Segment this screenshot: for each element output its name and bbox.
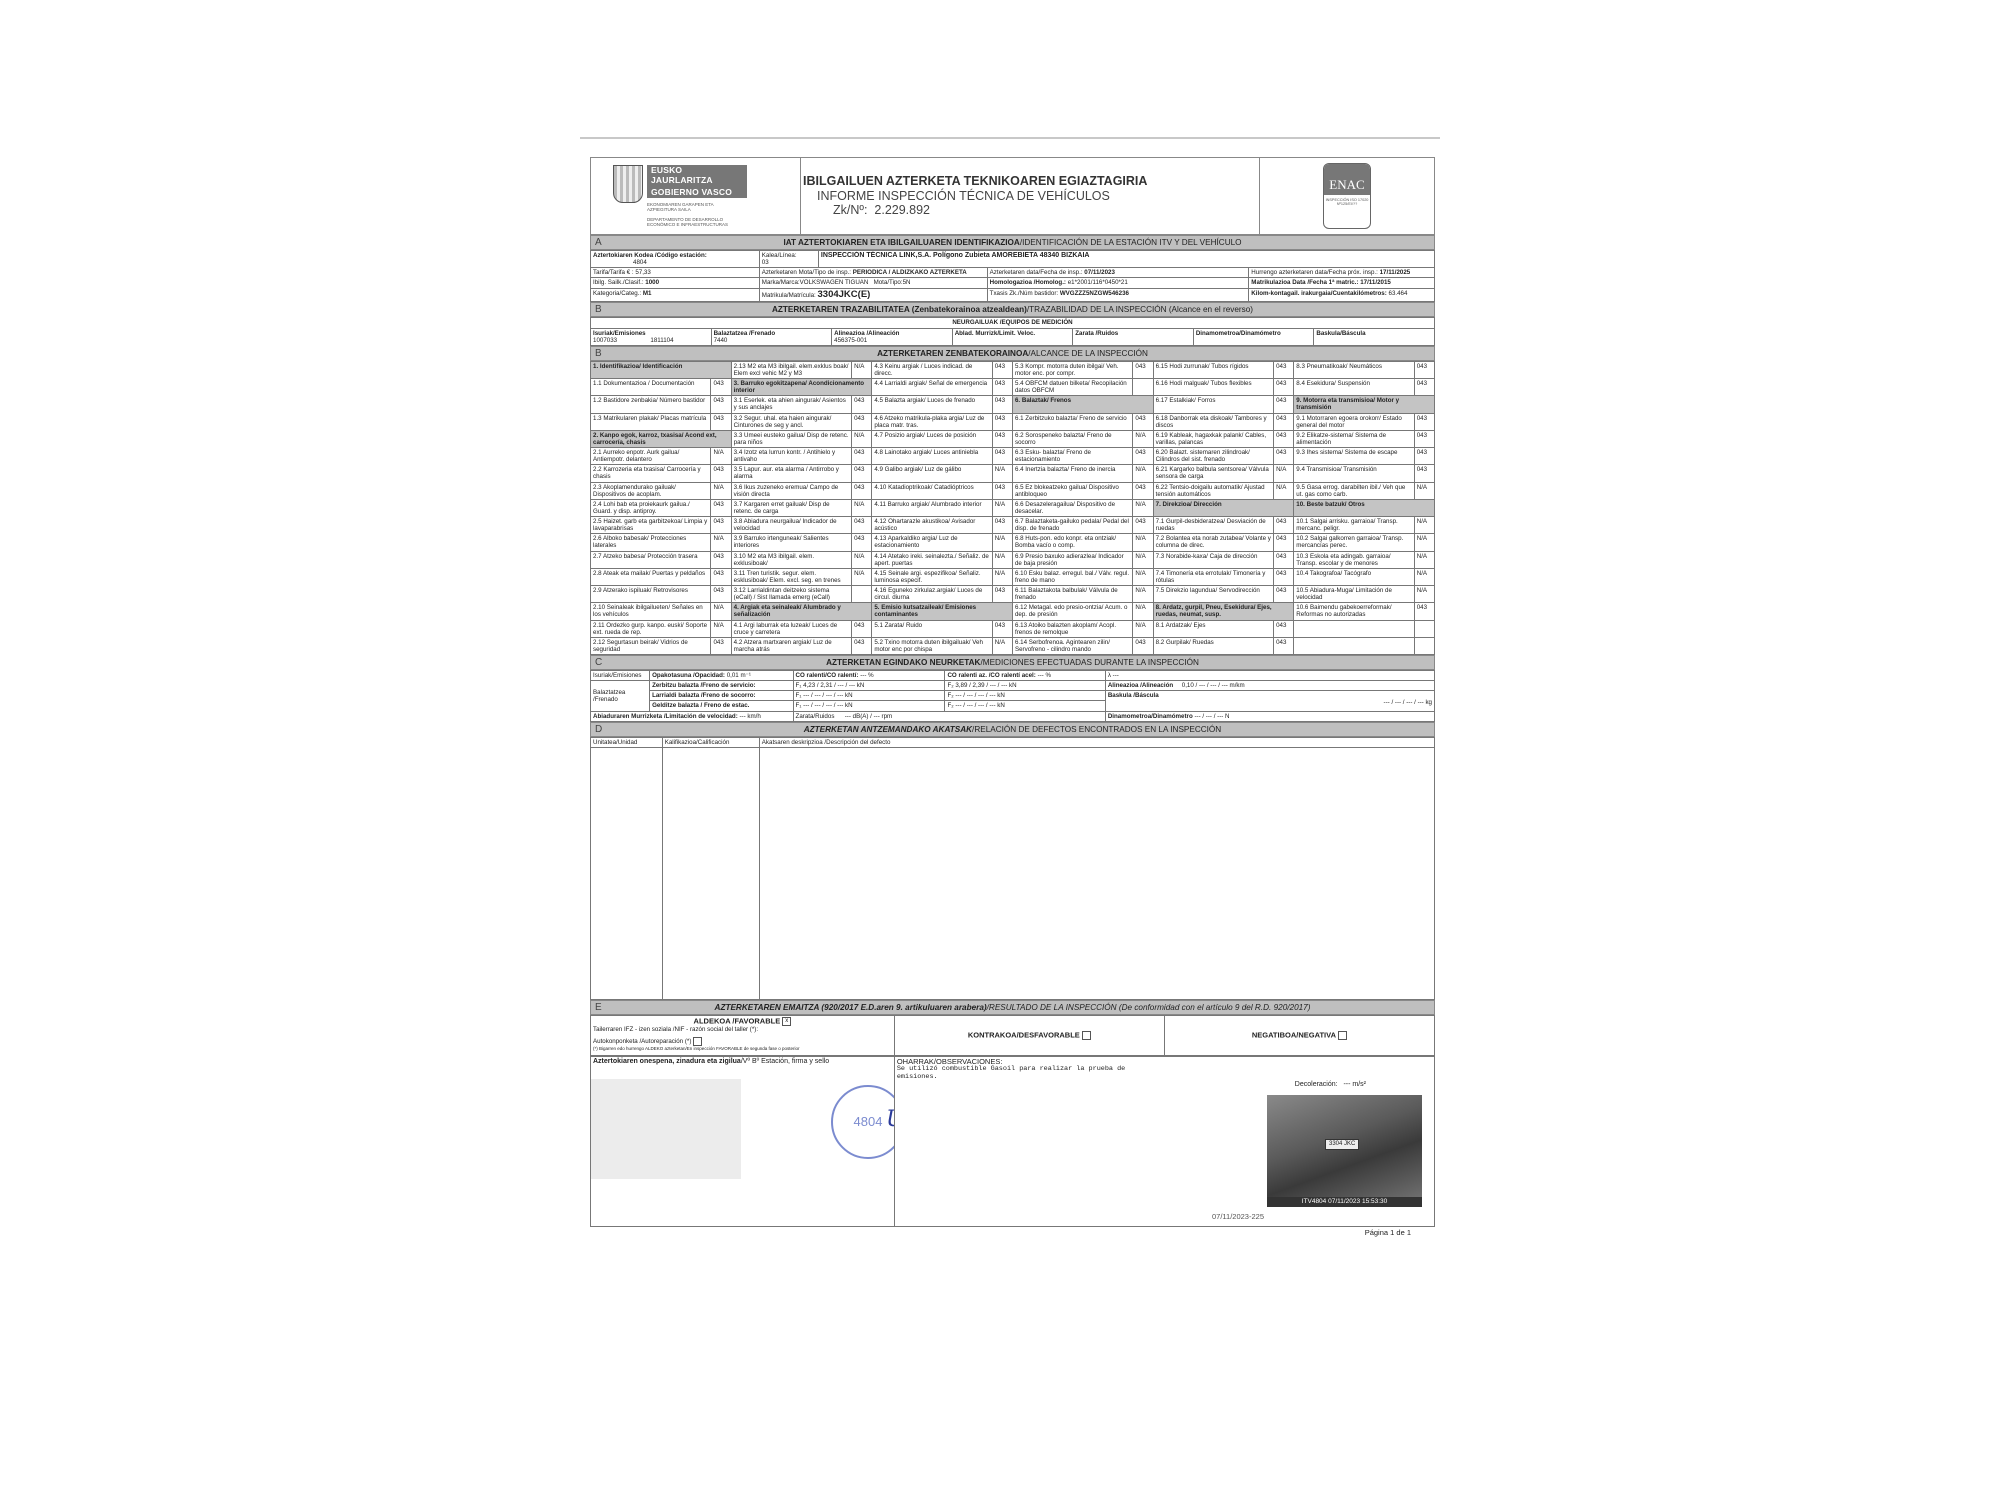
signature: Un — [886, 1107, 894, 1132]
scope-item: 2.5 Haizet. garb eta garbitzekoa/ Limpia… — [591, 517, 711, 534]
speed-limit-value: --- km/h — [740, 713, 761, 720]
org-name-es: GOBIERNO VASCO — [647, 187, 747, 199]
scope-item: 2.6 Alboko babesak/ Protecciones lateral… — [591, 534, 711, 551]
next-date-label: Hurrengo azterketaren data/Fecha próx. i… — [1251, 269, 1378, 276]
enac-logo: ENAC INSPECCIÓN ISO 17020 Nº125/EI/?? — [1323, 163, 1371, 229]
scope-row: 1.1 Dokumentazioa / Documentación0433. B… — [591, 379, 1435, 396]
equipment-label: Zarata /Ruidos — [1075, 330, 1191, 337]
vin: WVGZZZ5NZGW546236 — [1060, 290, 1129, 297]
section-title-eu: AZTERKETAN ANTZEMANDAKO AKATSAK — [804, 725, 972, 734]
scope-item: 4.3 Keinu argiak / Luces indicad. de dir… — [872, 361, 992, 378]
measurements-table: Isuriak/Emisiones Opakotasuna /Opacidad:… — [590, 670, 1435, 722]
line-value: 03 — [762, 259, 769, 266]
scope-item: 2.1 Aurreko enpotr. Aurk gailua/ Antiemp… — [591, 448, 711, 465]
equipment-label: Isuriak/Emisiones — [593, 330, 709, 337]
scope-row: 2.10 Seinaleak ibilgailueten/ Señales en… — [591, 603, 1435, 620]
dyno-label: Dinamometroa/Dinamómetro — [1108, 713, 1193, 720]
negative-label: NEGATIBOA/NEGATIVA — [1252, 1030, 1336, 1039]
scope-group-heading: 8. Ardatz, gurpil, Pneu, Esekidura/ Ejes… — [1153, 603, 1294, 620]
negative-checkbox[interactable] — [1338, 1031, 1347, 1040]
insp-type-label: Azterketaren Mota/Tipo de insp.: — [762, 269, 851, 276]
number-label: Zk/Nº: — [833, 203, 867, 217]
scope-result-code: 043 — [852, 482, 872, 499]
section-letter: D — [595, 723, 602, 736]
alignment-value: 0,10 / --- / --- / --- m/km — [1182, 682, 1245, 689]
scope-result-code: 043 — [992, 586, 1012, 603]
scope-result-code: N/A — [852, 568, 872, 585]
equipment-cell: Dinamometroa/Dinamómetro — [1193, 328, 1314, 345]
page-number: Página 1 de 1 — [590, 1227, 1435, 1238]
scope-result-code: 043 — [711, 379, 731, 396]
scope-result-code: N/A — [992, 465, 1012, 482]
scope-result-code: 043 — [711, 568, 731, 585]
selfrepair-checkbox[interactable] — [693, 1037, 702, 1046]
scope-item: 9.4 Transmisioa/ Transmisión — [1294, 465, 1414, 482]
vin-label: Txasis Zk./Núm bastidor: — [990, 290, 1058, 297]
equipment-cell: Zarata /Ruidos — [1073, 328, 1194, 345]
scope-group-heading: 5. Emisio kutsatzaileak/ Emisiones conta… — [872, 603, 1013, 620]
equipment-serial: 1007033 — [593, 337, 617, 344]
scope-row: 2.8 Ateak eta mailak/ Puertas y peldaños… — [591, 568, 1435, 585]
scope-result-code: N/A — [1274, 482, 1294, 499]
brand-label: Marka/Marca: — [762, 279, 800, 286]
equipment-label: Alineazioa /Alineación — [834, 330, 950, 337]
scope-result-code — [1133, 379, 1153, 396]
scope-result-code: 043 — [852, 534, 872, 551]
scope-result-code: 043 — [1414, 448, 1434, 465]
scope-item: 9.3 Ihes sistema/ Sistema de escape — [1294, 448, 1414, 465]
scope-group-heading: 4. Argiak eta seinaleak/ Alumbrado y señ… — [731, 603, 872, 620]
scope-item: 6.12 Metagal. edo presio-ontzia/ Acum. o… — [1012, 603, 1132, 620]
scope-result-code: 043 — [1133, 637, 1153, 654]
scope-result-code: 043 — [992, 361, 1012, 378]
scope-item: 5.2 Txino motorra duten ibilgailuak/ Veh… — [872, 637, 992, 654]
section-title-eu: AZTERKETAREN TRAZABILITATEA (Zenbatekora… — [772, 305, 1027, 314]
scope-row: 2.4 Lohi bab eta proiekaurk gailua./ Gua… — [591, 499, 1435, 516]
photo-caption: ITV4804 07/11/2023 15:53:30 — [1267, 1197, 1422, 1206]
vehicle-identification: Aztertokiaren Kodea /Código estación:480… — [590, 250, 1435, 302]
section-letter: A — [595, 236, 602, 249]
scope-item: 3.10 M2 eta M3 ibilgail. elem. exklusibo… — [731, 551, 851, 568]
unfavorable-label: KONTRAKOA/DESFAVORABLE — [968, 1030, 1080, 1039]
scope-item: 2.7 Atzeko babesa/ Protección trasera — [591, 551, 711, 568]
scope-item: 9.1 Motorraren egoera orokorr/ Estado ge… — [1294, 413, 1414, 430]
equipment-label: Dinamometroa/Dinamómetro — [1196, 330, 1312, 337]
scope-item: 8.2 Gurpilak/ Ruedas — [1153, 637, 1273, 654]
scope-result-code: N/A — [1133, 430, 1153, 447]
basque-shield-icon — [613, 165, 643, 203]
scope-empty-cell — [1294, 620, 1414, 637]
scope-item: 7.1 Gurpil-desbideratzea/ Desviación de … — [1153, 517, 1273, 534]
scope-item: 8.1 Ardatzak/ Ejes — [1153, 620, 1273, 637]
scope-result-code: 043 — [992, 413, 1012, 430]
scope-result-code: 043 — [1414, 379, 1434, 396]
scope-result-code: 043 — [1414, 413, 1434, 430]
title-eu: IBILGAILUEN AZTERKETA TEKNIKOAREN EGIAZT… — [803, 174, 1257, 188]
section-title-es: /RELACIÓN DE DEFECTOS ENCONTRADOS EN LA … — [972, 725, 1221, 734]
scope-result-code: 043 — [711, 517, 731, 534]
document-reference: 07/11/2023-225 — [1212, 1213, 1264, 1222]
scope-item: 6.6 Desazeleragailua/ Dispositivo de des… — [1012, 499, 1132, 516]
braking-label: Balaztatzea /Frenado — [593, 689, 625, 703]
enac-sub: INSPECCIÓN ISO 17020 Nº125/EI/?? — [1324, 195, 1370, 207]
scope-row: 2.5 Haizet. garb eta garbitzekoa/ Limpia… — [591, 517, 1435, 534]
dyno-value: --- / --- / --- N — [1194, 713, 1229, 720]
noise-value: --- dB(A) / --- rpm — [845, 713, 892, 720]
scope-item: 2.10 Seinaleak ibilgailueten/ Señales en… — [591, 603, 711, 620]
equipment-cell: Isuriak/Emisiones10070331811104 — [591, 328, 712, 345]
scope-result-code: 043 — [852, 517, 872, 534]
equipment-values: 456375-001 — [834, 337, 950, 344]
scope-result-code: 043 — [1414, 430, 1434, 447]
co-idle-value: --- % — [860, 672, 873, 679]
type: 5N — [903, 279, 911, 286]
scope-result-code: N/A — [992, 534, 1012, 551]
scope-result-code: N/A — [1133, 620, 1153, 637]
regdate-label: Matrikulazioa Data /Fecha 1ª matric.: — [1251, 279, 1358, 286]
col-desc: Akatsaren deskripzioa /Descripción del d… — [759, 737, 1434, 747]
section-letter: B — [595, 347, 602, 360]
equipment-values: 7440 — [714, 337, 830, 344]
scope-group-heading: 7. Direkzioa/ Dirección — [1153, 499, 1294, 516]
service-brake-label: Zerbitzu balazta /Freno de servicio: — [652, 682, 756, 689]
scope-row: 2.2 Karrozeria eta txasisa/ Carrocería y… — [591, 465, 1435, 482]
emergency-brake-f1: --- / --- / --- / --- kN — [803, 692, 852, 699]
scope-item: 4.15 Seinale argi. espezifikoa/ Señaliz.… — [872, 568, 992, 585]
scope-result-code: N/A — [1414, 534, 1434, 551]
scope-result-code: 043 — [1274, 517, 1294, 534]
type-label: Mota/Tipo: — [874, 279, 903, 286]
scope-result-code: 043 — [1133, 482, 1153, 499]
section-title-eu: AZTERKETAN EGINDAKO NEURKETAK — [826, 658, 980, 667]
scope-result-code: 043 — [1274, 620, 1294, 637]
title-cell: IBILGAILUEN AZTERKETA TEKNIKOAREN EGIAZT… — [801, 158, 1260, 235]
scope-result-code: N/A — [852, 499, 872, 516]
approval-label-es: /Vº Bº Estación, firma y sello — [741, 1058, 829, 1065]
scope-item: 2.4 Lohi bab eta proiekaurk gailua./ Gua… — [591, 499, 711, 516]
scope-item: 4.9 Galibo argiak/ Luz de gálibo — [872, 465, 992, 482]
scope-result-code — [1414, 620, 1434, 637]
scope-result-code: 043 — [992, 482, 1012, 499]
section-title-es: /ALCANCE DE LA INSPECCIÓN — [1028, 349, 1148, 358]
parking-brake-f1: --- / --- / --- / --- kN — [803, 702, 852, 709]
plate-label: Matrikula/Matrícula: — [762, 292, 816, 299]
scope-result-code: 043 — [1274, 413, 1294, 430]
homolog: e1*2001/116*0450*21 — [1068, 279, 1128, 286]
scale-label: Baskula /Báscula — [1108, 692, 1159, 699]
selfrepair-note: (*) Bigarren edo hurrengo ALDEKO azterke… — [593, 1046, 892, 1051]
scope-result-code: 043 — [711, 551, 731, 568]
scope-result-code: 043 — [1274, 448, 1294, 465]
section-a-header: AIAT AZTERTOKIAREN ETA IBILGAILUAREN IDE… — [590, 235, 1435, 250]
scope-result-code: 043 — [992, 379, 1012, 396]
unfavorable-checkbox[interactable] — [1082, 1031, 1091, 1040]
scope-result-code: 043 — [1414, 603, 1434, 620]
scope-result-code: N/A — [1414, 551, 1434, 568]
section-title-eu: AZTERKETAREN EMAITZA (920/2017 E.D.aren … — [715, 1003, 987, 1012]
next-date: 17/11/2025 — [1380, 269, 1411, 276]
odometer: 63.464 — [1389, 290, 1408, 297]
section-title-eu: IAT AZTERTOKIAREN ETA IBILGAILUAREN IDEN… — [783, 238, 1019, 247]
scope-item: 6.11 Balaztakota balbulak/ Válvula de fr… — [1012, 586, 1132, 603]
scope-result-code: N/A — [992, 499, 1012, 516]
scope-result-code: 043 — [711, 499, 731, 516]
tariff: 57,33 — [635, 269, 650, 276]
scope-result-code: N/A — [1133, 465, 1153, 482]
scope-result-code: 043 — [852, 465, 872, 482]
title-es: INFORME INSPECCIÓN TÉCNICA DE VEHÍCULOS — [803, 189, 1257, 203]
category: M1 — [643, 290, 652, 297]
section-d-header: DAZTERKETAN ANTZEMANDAKO AKATSAK/RELACIÓ… — [590, 722, 1435, 737]
scope-item: 4.7 Posizio argiak/ Luces de posición — [872, 430, 992, 447]
scope-row: 2.3 Akoplamendurako gailuak/ Dispositivo… — [591, 482, 1435, 499]
scope-row: 2. Kanpo egok, karroz, txasisa/ Acond ex… — [591, 430, 1435, 447]
scope-row: 2.12 Segurtasun beirak/ Vidrios de segur… — [591, 637, 1435, 654]
scope-result-code: 043 — [852, 448, 872, 465]
section-letter: C — [595, 656, 602, 669]
scope-item: 1.1 Dokumentazioa / Documentación — [591, 379, 711, 396]
scope-group-heading: 10. Beste batzuk/ Otros — [1294, 499, 1435, 516]
scope-item: 3.2 Segur. uhal. eta haien aingurak/ Cin… — [731, 413, 851, 430]
insp-date-label: Azterketaren data/Fecha de insp.: — [990, 269, 1083, 276]
opacity-label: Opakotasuna /Opacidad: — [652, 672, 725, 679]
scope-item: 7.5 Direkzio lagundua/ Servodirección — [1153, 586, 1273, 603]
scope-result-code: 043 — [852, 637, 872, 654]
scope-result-code: N/A — [992, 637, 1012, 654]
deceleration-label: Decoleración: — [1295, 1081, 1338, 1088]
equipment-serial: 1811104 — [650, 337, 673, 344]
scope-result-code — [852, 586, 872, 603]
scope-group-heading: 9. Motorra eta transmisioa/ Motor y tran… — [1294, 396, 1435, 413]
co-accel-label: CO ralenti az. /CO ralentí acel: — [947, 672, 1035, 679]
scope-row: 2.11 Ordezko gurp. kanpo. euski/ Soporte… — [591, 620, 1435, 637]
defects-table: Unitatea/Unidad Kalifikazioa/Calificació… — [590, 737, 1435, 1000]
col-unit: Unitatea/Unidad — [591, 737, 663, 747]
scope-row: 1.2 Bastidore zenbakia/ Número bastidor0… — [591, 396, 1435, 413]
scope-result-code: N/A — [1133, 586, 1153, 603]
scope-item: 4.8 Lainotako argiak/ Luces antiniebla — [872, 448, 992, 465]
scope-item: 6.8 Huts-pon. edo konpr. eta ontziak/ Bo… — [1012, 534, 1132, 551]
section-b1-header: BAZTERKETAREN TRAZABILITATEA (Zenbatekor… — [590, 302, 1435, 317]
scope-result-code: N/A — [852, 551, 872, 568]
scope-result-code: N/A — [1133, 551, 1153, 568]
vehicle-photo: 3304 JKC ITV4804 07/11/2023 15:53:30 — [1267, 1095, 1422, 1207]
scope-item: 6.3 Esku- balazta/ Freno de estacionamie… — [1012, 448, 1132, 465]
speed-limit-label: Abiaduraren Murrizketa /Limitación de ve… — [593, 713, 738, 720]
emergency-brake-label: Larrialdi balazta /Freno de socorro: — [652, 692, 756, 699]
inspection-scope-table: 1. Identifikazioa/ Identificación2.13 M2… — [590, 361, 1435, 655]
scope-result-code: N/A — [711, 603, 731, 620]
scope-result-code: 043 — [711, 637, 731, 654]
scope-item: 2.8 Ateak eta mailak/ Puertas y peldaños — [591, 568, 711, 585]
scope-result-code: N/A — [1274, 465, 1294, 482]
scope-result-code: 043 — [852, 396, 872, 413]
scope-result-code: N/A — [1133, 499, 1153, 516]
equipment-label: Ablad. Murrizk/Limit. Veloc. — [955, 330, 1071, 337]
alignment-label: Alineazioa /Alineación — [1108, 682, 1173, 689]
scope-result-code: 043 — [1274, 430, 1294, 447]
scope-item: 6.13 Atoiko balazten akoplam/ Acopl. fre… — [1012, 620, 1132, 637]
scope-result-code: N/A — [852, 430, 872, 447]
workshop-label: Tailerraren IFZ - izen soziala /NIF - ra… — [593, 1026, 892, 1033]
scope-item: 6.17 Estalkiak/ Forros — [1153, 396, 1273, 413]
section-letter: E — [595, 1001, 602, 1014]
scope-item: 6.7 Balaztaketa-gailuko pedala/ Pedal de… — [1012, 517, 1132, 534]
scope-item: 4.10 Katadioptrikoak/ Catadióptricos — [872, 482, 992, 499]
scope-item: 4.14 Atetako ireki. seinalezta./ Señaliz… — [872, 551, 992, 568]
scope-item: 2.3 Akoplamendurako gailuak/ Dispositivo… — [591, 482, 711, 499]
scope-item: 4.5 Balazta argiak/ Luces de frenado — [872, 396, 992, 413]
report-number: Zk/Nº: 2.229.892 — [803, 203, 1257, 217]
scope-item: 10.5 Abiadura-Muga/ Limitación de veloci… — [1294, 586, 1414, 603]
co-accel-value: --- % — [1038, 672, 1051, 679]
enac-cell: ENAC INSPECCIÓN ISO 17020 Nº125/EI/?? — [1260, 158, 1435, 235]
defect-desc-area — [759, 747, 1434, 999]
scope-result-code: 043 — [1274, 396, 1294, 413]
scope-result-code: 043 — [711, 465, 731, 482]
deceleration-value: --- m/s² — [1343, 1081, 1366, 1088]
scope-item: 6.14 Serbofrenoa. Agintearen zilin/ Serv… — [1012, 637, 1132, 654]
scope-result-code: 043 — [1274, 586, 1294, 603]
section-title-eu: AZTERKETAREN ZENBATEKORAINOA — [877, 349, 1028, 358]
homolog-label: Homologazioa /Homolog.: — [990, 279, 1066, 286]
category-label: Kategoria/Categ.: — [593, 290, 641, 297]
scope-row: 2.1 Aurreko enpotr. Aurk gailua/ Antiemp… — [591, 448, 1435, 465]
approval-label: Aztertokiaren onespena, zinadura eta zig… — [593, 1058, 741, 1065]
scope-item: 6.5 Ez blokeatzeko gailua/ Dispositivo a… — [1012, 482, 1132, 499]
scope-result-code: 043 — [1133, 413, 1153, 430]
equipment-cell: Ablad. Murrizk/Limit. Veloc. — [952, 328, 1073, 345]
scope-result-code: 043 — [992, 430, 1012, 447]
scope-item: 9.2 Elikatze-sistema/ Sistema de aliment… — [1294, 430, 1414, 447]
scope-row: 2.6 Alboko babesak/ Protecciones lateral… — [591, 534, 1435, 551]
scope-result-code: N/A — [1414, 517, 1434, 534]
lambda-label: λ — [1108, 672, 1111, 679]
section-title-es: /TRAZABILIDAD DE LA INSPECCIÓN (Alcance … — [1027, 305, 1253, 314]
scope-item: 4.6 Atzeko matrikula-plaka argia/ Luz de… — [872, 413, 992, 430]
brand: VOLKSWAGEN TIGUAN — [800, 279, 869, 286]
line-label: Kalea/Línea: — [762, 252, 797, 259]
odometer-label: Kilom-kontagail. irakurgaia/Cuentakilóme… — [1251, 290, 1386, 297]
co-idle-label: CO ralenti/CO ralentí: — [796, 672, 859, 679]
scope-item: 8.4 Esekidura/ Suspensión — [1294, 379, 1414, 396]
scope-result-code: 043 — [992, 396, 1012, 413]
favorable-checkbox[interactable]: x — [782, 1017, 791, 1026]
equipment-title: NEURGAILUAK /EQUIPOS DE MEDICIÓN — [591, 318, 1435, 328]
scope-item: 3.1 Eserlek. eta ahien aingurak/ Asiento… — [731, 396, 851, 413]
section-title-es: /IDENTIFICACIÓN DE LA ESTACIÓN ITV Y DEL… — [1020, 238, 1242, 247]
scope-result-code: 043 — [1133, 361, 1153, 378]
station-code-label: Aztertokiaren Kodea /Código estación: — [593, 252, 707, 259]
opacity-value: 0,01 — [727, 672, 739, 679]
scope-item: 1.3 Matrikularen plakak/ Placas matrícul… — [591, 413, 711, 430]
measuring-equipment: NEURGAILUAK /EQUIPOS DE MEDICIÓN Isuriak… — [590, 317, 1435, 345]
equipment-label: Baskula/Báscula — [1316, 330, 1432, 337]
scope-result-code: 043 — [1274, 361, 1294, 378]
scope-result-code: 043 — [711, 413, 731, 430]
scope-item: 5.1 Zarata/ Ruido — [872, 620, 992, 637]
equipment-values — [1196, 337, 1312, 344]
section-letter: B — [595, 303, 602, 316]
scope-item: 3.9 Barruko irtenguneak/ Salientes inter… — [731, 534, 851, 551]
scope-result-code: N/A — [711, 620, 731, 637]
scope-item: 3.4 Izotz eta lurrun kontr. / Antihielo … — [731, 448, 851, 465]
scope-item: 7.3 Norabide-kaxa/ Caja de dirección — [1153, 551, 1273, 568]
scope-result-code: N/A — [1414, 568, 1434, 585]
scope-item: 7.4 Timonería eta errotulak/ Timonería y… — [1153, 568, 1273, 585]
scope-result-code: 043 — [1133, 517, 1153, 534]
parking-brake-label: Gelditze balazta / Freno de estac. — [652, 702, 749, 709]
scope-result-code: 043 — [852, 413, 872, 430]
scope-item: 9.5 Gasa errog. darabilten ibil./ Veh qu… — [1294, 482, 1414, 499]
scope-item: 3.8 Abiadura neurgailua/ Indicador de ve… — [731, 517, 851, 534]
scope-item: 4.2 Atzera martxaren argiak/ Luz de marc… — [731, 637, 851, 654]
emergency-brake-f2: --- / --- / --- / --- kN — [955, 692, 1004, 699]
org-name-eu: EUSKO JAURLARITZA — [647, 165, 747, 187]
equipment-label: Balaztatzea /Frenado — [714, 330, 830, 337]
scope-result-code: 043 — [1274, 551, 1294, 568]
scope-result-code: N/A — [992, 551, 1012, 568]
scale-value: --- / --- / --- / --- kg — [1384, 699, 1432, 706]
scope-result-code: N/A — [1414, 586, 1434, 603]
scope-item: 7.2 Bolantea eta norab zutabea/ Volante … — [1153, 534, 1273, 551]
scope-item: 4.12 Ohartarazle akustikoa/ Avisador acú… — [872, 517, 992, 534]
scope-result-code: 043 — [711, 396, 731, 413]
scope-item: 2.12 Segurtasun beirak/ Vidrios de segur… — [591, 637, 711, 654]
dept-es: DEPARTAMENTO DE DESARROLLO ECONÓMICO E I… — [647, 217, 737, 227]
noise-label: Zarata/Ruidos — [796, 713, 835, 720]
scope-item: 2.9 Atzerako ispiluak/ Retrovisores — [591, 586, 711, 603]
report-header: EUSKO JAURLARITZA GOBIERNO VASCO EKONOMI… — [590, 157, 1435, 235]
inspection-report: EUSKO JAURLARITZA GOBIERNO VASCO EKONOMI… — [590, 157, 1435, 1237]
scope-result-code: N/A — [1133, 534, 1153, 551]
scope-item: 6.9 Presio baxuko adierazlea/ Indicador … — [1012, 551, 1132, 568]
equipment-serial: 456375-001 — [834, 337, 867, 344]
scope-group-heading: 2. Kanpo egok, karroz, txasisa/ Acond ex… — [591, 430, 732, 447]
scope-group-heading: 3. Barruko egokitzapena/ Acondicionament… — [731, 379, 872, 396]
selfrepair-label: Autokonponketa /Autoreparación (*) — [593, 1038, 691, 1045]
service-brake-f2: 3,89 / 2,39 / --- / --- kN — [955, 682, 1016, 689]
scope-result-code: N/A — [711, 482, 731, 499]
section-c-header: CAZTERKETAN EGINDAKO NEURKETAK/MEDICIONE… — [590, 655, 1435, 670]
scope-result-code: N/A — [1133, 568, 1153, 585]
service-brake-f1: 4,23 / 2,31 / --- / --- kN — [803, 682, 864, 689]
class-label: Ibilg. Sailk./Clasif.: — [593, 279, 644, 286]
result-table: ALDEKOA /FAVORABLE x Tailerraren IFZ - i… — [590, 1015, 1435, 1056]
section-title-es: /MEDICIONES EFECTUADAS DURANTE LA INSPEC… — [980, 658, 1198, 667]
equipment-cell: Baskula/Báscula — [1314, 328, 1435, 345]
scope-result-code: N/A — [992, 568, 1012, 585]
scope-item: 2.13 M2 eta M3 ibilgail. elem.exklus boa… — [731, 361, 851, 378]
scope-row: 2.9 Atzerako ispiluak/ Retrovisores0433.… — [591, 586, 1435, 603]
scope-item: 4.13 Aparkaldiko argia/ Luz de estaciona… — [872, 534, 992, 551]
scope-group-heading: 6. Balaztak/ Frenos — [1012, 396, 1153, 413]
scope-item: 6.15 Hodi zurrunak/ Tubos rígidos — [1153, 361, 1273, 378]
equipment-values — [955, 337, 1071, 344]
scope-result-code: 043 — [711, 586, 731, 603]
insp-date: 07/11/2023 — [1084, 269, 1115, 276]
scope-item: 10.3 Eskola eta adingab. garraioa/ Trans… — [1294, 551, 1414, 568]
scope-item: 2.11 Ordezko gurp. kanpo. euski/ Soporte… — [591, 620, 711, 637]
station-name: INSPECCIÓN TÉCNICA LINK,S.A. Polígono Zu… — [818, 251, 1434, 268]
equipment-values — [1075, 337, 1191, 344]
equipment-values: 10070331811104 — [593, 337, 709, 344]
scope-item: 5.4 OBFCM datuen bilketa/ Recopilación d… — [1012, 379, 1132, 396]
scope-item: 6.1 Zerbitzuko balazta/ Freno de servici… — [1012, 413, 1132, 430]
scope-group-heading: 1. Identifikazioa/ Identificación — [591, 361, 732, 378]
scope-item: 10.1 Salgai arrisku. garraioa/ Transp. m… — [1294, 517, 1414, 534]
scope-item: 4.1 Argi laburrak eta luzeak/ Luces de c… — [731, 620, 851, 637]
